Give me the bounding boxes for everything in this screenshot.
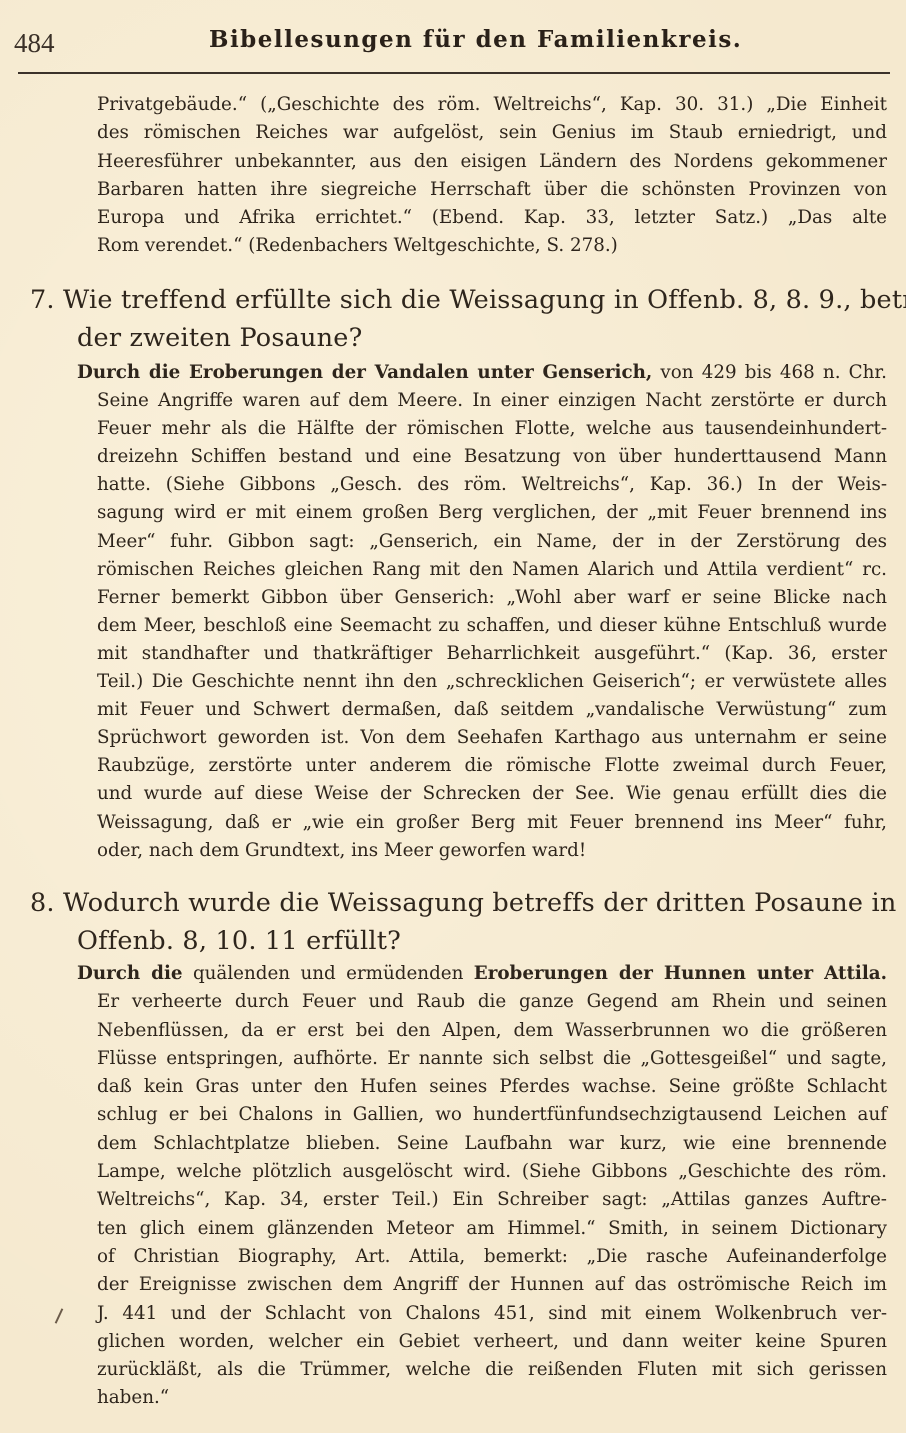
question-line: 8. Wodurch wurde die Weissagung betreffs… [30,884,888,922]
header-rule [18,72,890,74]
text-line: hatte. (Siehe Gibbons „Gesch. des röm. W… [77,471,887,499]
text-line: Nebenflüssen, da er erst bei den Alpen, … [77,1017,887,1045]
text-line: mit standhafter und thatkräftiger Beharr… [77,640,887,668]
text-line: und wurde auf diese Weise der Schrecken … [77,780,887,808]
text-line: ten glich einem glänzenden Meteor am Him… [77,1215,887,1243]
text-line: Weltreichs“, Kap. 34, erster Teil.) Ein … [77,1186,887,1214]
pencil-mark [55,1308,64,1323]
text-line: Teil.) Die Geschichte nennt ihn den „sch… [77,668,887,696]
text-line: glichen worden, welcher ein Gebiet verhe… [77,1328,887,1356]
text-line: Lampe, welche plötzlich ausgelöscht wird… [77,1158,887,1186]
text-line: dreizehn Schiffen bestand und eine Besat… [77,443,887,471]
running-head: 484 Bibellesungen für den Familienkreis. [14,22,886,62]
text-line: daß kein Gras unter den Hufen seines Pfe… [77,1073,887,1101]
answer-7: Durch die Eroberungen der Vandalen unter… [77,359,887,865]
text-line: Feuer mehr als die Hälfte der römischen … [77,415,887,443]
text-line: Seine Angriffe waren auf dem Meere. In e… [77,387,887,415]
text-line: Europa und Afrika errichtet.“ (Ebend. Ka… [97,204,887,232]
text-line: Weissagung, daß er „wie ein großer Berg … [77,809,887,837]
intro-paragraph: Privatgebäude.“ („Geschichte des röm. We… [97,91,887,261]
text-line: des römischen Reiches war aufgelöst, sei… [97,119,887,147]
question-line: Offenb. 8, 10. 11 erfüllt? [30,922,888,960]
answer-lead-line: Durch die Eroberungen der Vandalen unter… [77,359,887,387]
page-number: 484 [14,28,55,59]
text-line: Rom verendet.“ (Redenbachers Weltgeschic… [97,232,887,260]
question-number: 8. [30,888,55,918]
answer-lead-bold: Durch die Eroberungen der Vandalen unter… [77,362,652,383]
text-line: haben.“ [77,1384,887,1412]
text-line: mit Feuer und Schwert dermaßen, daß seit… [77,696,887,724]
text-line: Flüsse entspringen, aufhörte. Er nannte … [77,1045,887,1073]
answer-lead-text: von 429 bis 468 n. Chr. [652,362,887,383]
text-line: Meer“ fuhr. Gibbon sagt: „Genserich, ein… [77,528,887,556]
book-page: 484 Bibellesungen für den Familienkreis.… [0,0,906,1433]
question-7: 7. Wie treffend erfüllte sich die Weissa… [30,281,888,357]
text-line: römischen Reiches gleichen Rang mit den … [77,556,887,584]
text-line: Sprüchwort geworden ist. Von dem Seehafe… [77,724,887,752]
text-line: dem Meer, beschloß eine Seemacht zu scha… [77,612,887,640]
text-line: Ferner bemerkt Gibbon über Genserich: „W… [77,584,887,612]
text-line: Raubzüge, zerstörte unter anderem die rö… [77,752,887,780]
text-line: J. 441 und der Schlacht von Chalons 451,… [77,1300,887,1328]
question-text: Wie treffend erfüllte sich die Weissagun… [63,285,906,315]
question-line: 7. Wie treffend erfüllte sich die Weissa… [30,281,888,319]
question-line: der zweiten Posaune? [30,319,888,357]
text-line: zurückläßt, als die Trümmer, welche die … [77,1356,887,1384]
text-line: Er verheerte durch Feuer und Raub die ga… [77,988,887,1016]
text-line: der Ereignisse zwischen dem Angriff der … [77,1271,887,1299]
question-number: 7. [30,285,55,315]
text-line: oder, nach dem Grundtext, ins Meer gewor… [77,837,887,865]
running-title: Bibellesungen für den Familienkreis. [209,26,742,53]
text-line: Privatgebäude.“ („Geschichte des röm. We… [97,91,887,119]
answer-8: Durch die quälenden und ermüdenden Erobe… [77,960,887,1413]
text-line: Heeresführer unbekannter, aus den eisige… [97,148,887,176]
text-line: dem Schlachtplatze blieben. Seine Laufba… [77,1130,887,1158]
text-line: of Christian Biography, Art. Attila, bem… [77,1243,887,1271]
text-line: schlug er bei Chalons in Gallien, wo hun… [77,1101,887,1129]
question-text: Wodurch wurde die Weissagung betreffs de… [63,888,896,918]
answer-lead-text: quälenden und ermüdenden [183,963,474,984]
text-line: sagung wird er mit einem großen Berg ver… [77,499,887,527]
answer-lead-line: Durch die quälenden und ermüdenden Erobe… [77,960,887,988]
answer-lead-bold: Durch die [77,963,183,984]
answer-lead-bold: Eroberungen der Hunnen unter Attila. [474,963,887,984]
question-8: 8. Wodurch wurde die Weissagung betreffs… [30,884,888,960]
text-line: Barbaren hatten ihre siegreiche Herrscha… [97,176,887,204]
